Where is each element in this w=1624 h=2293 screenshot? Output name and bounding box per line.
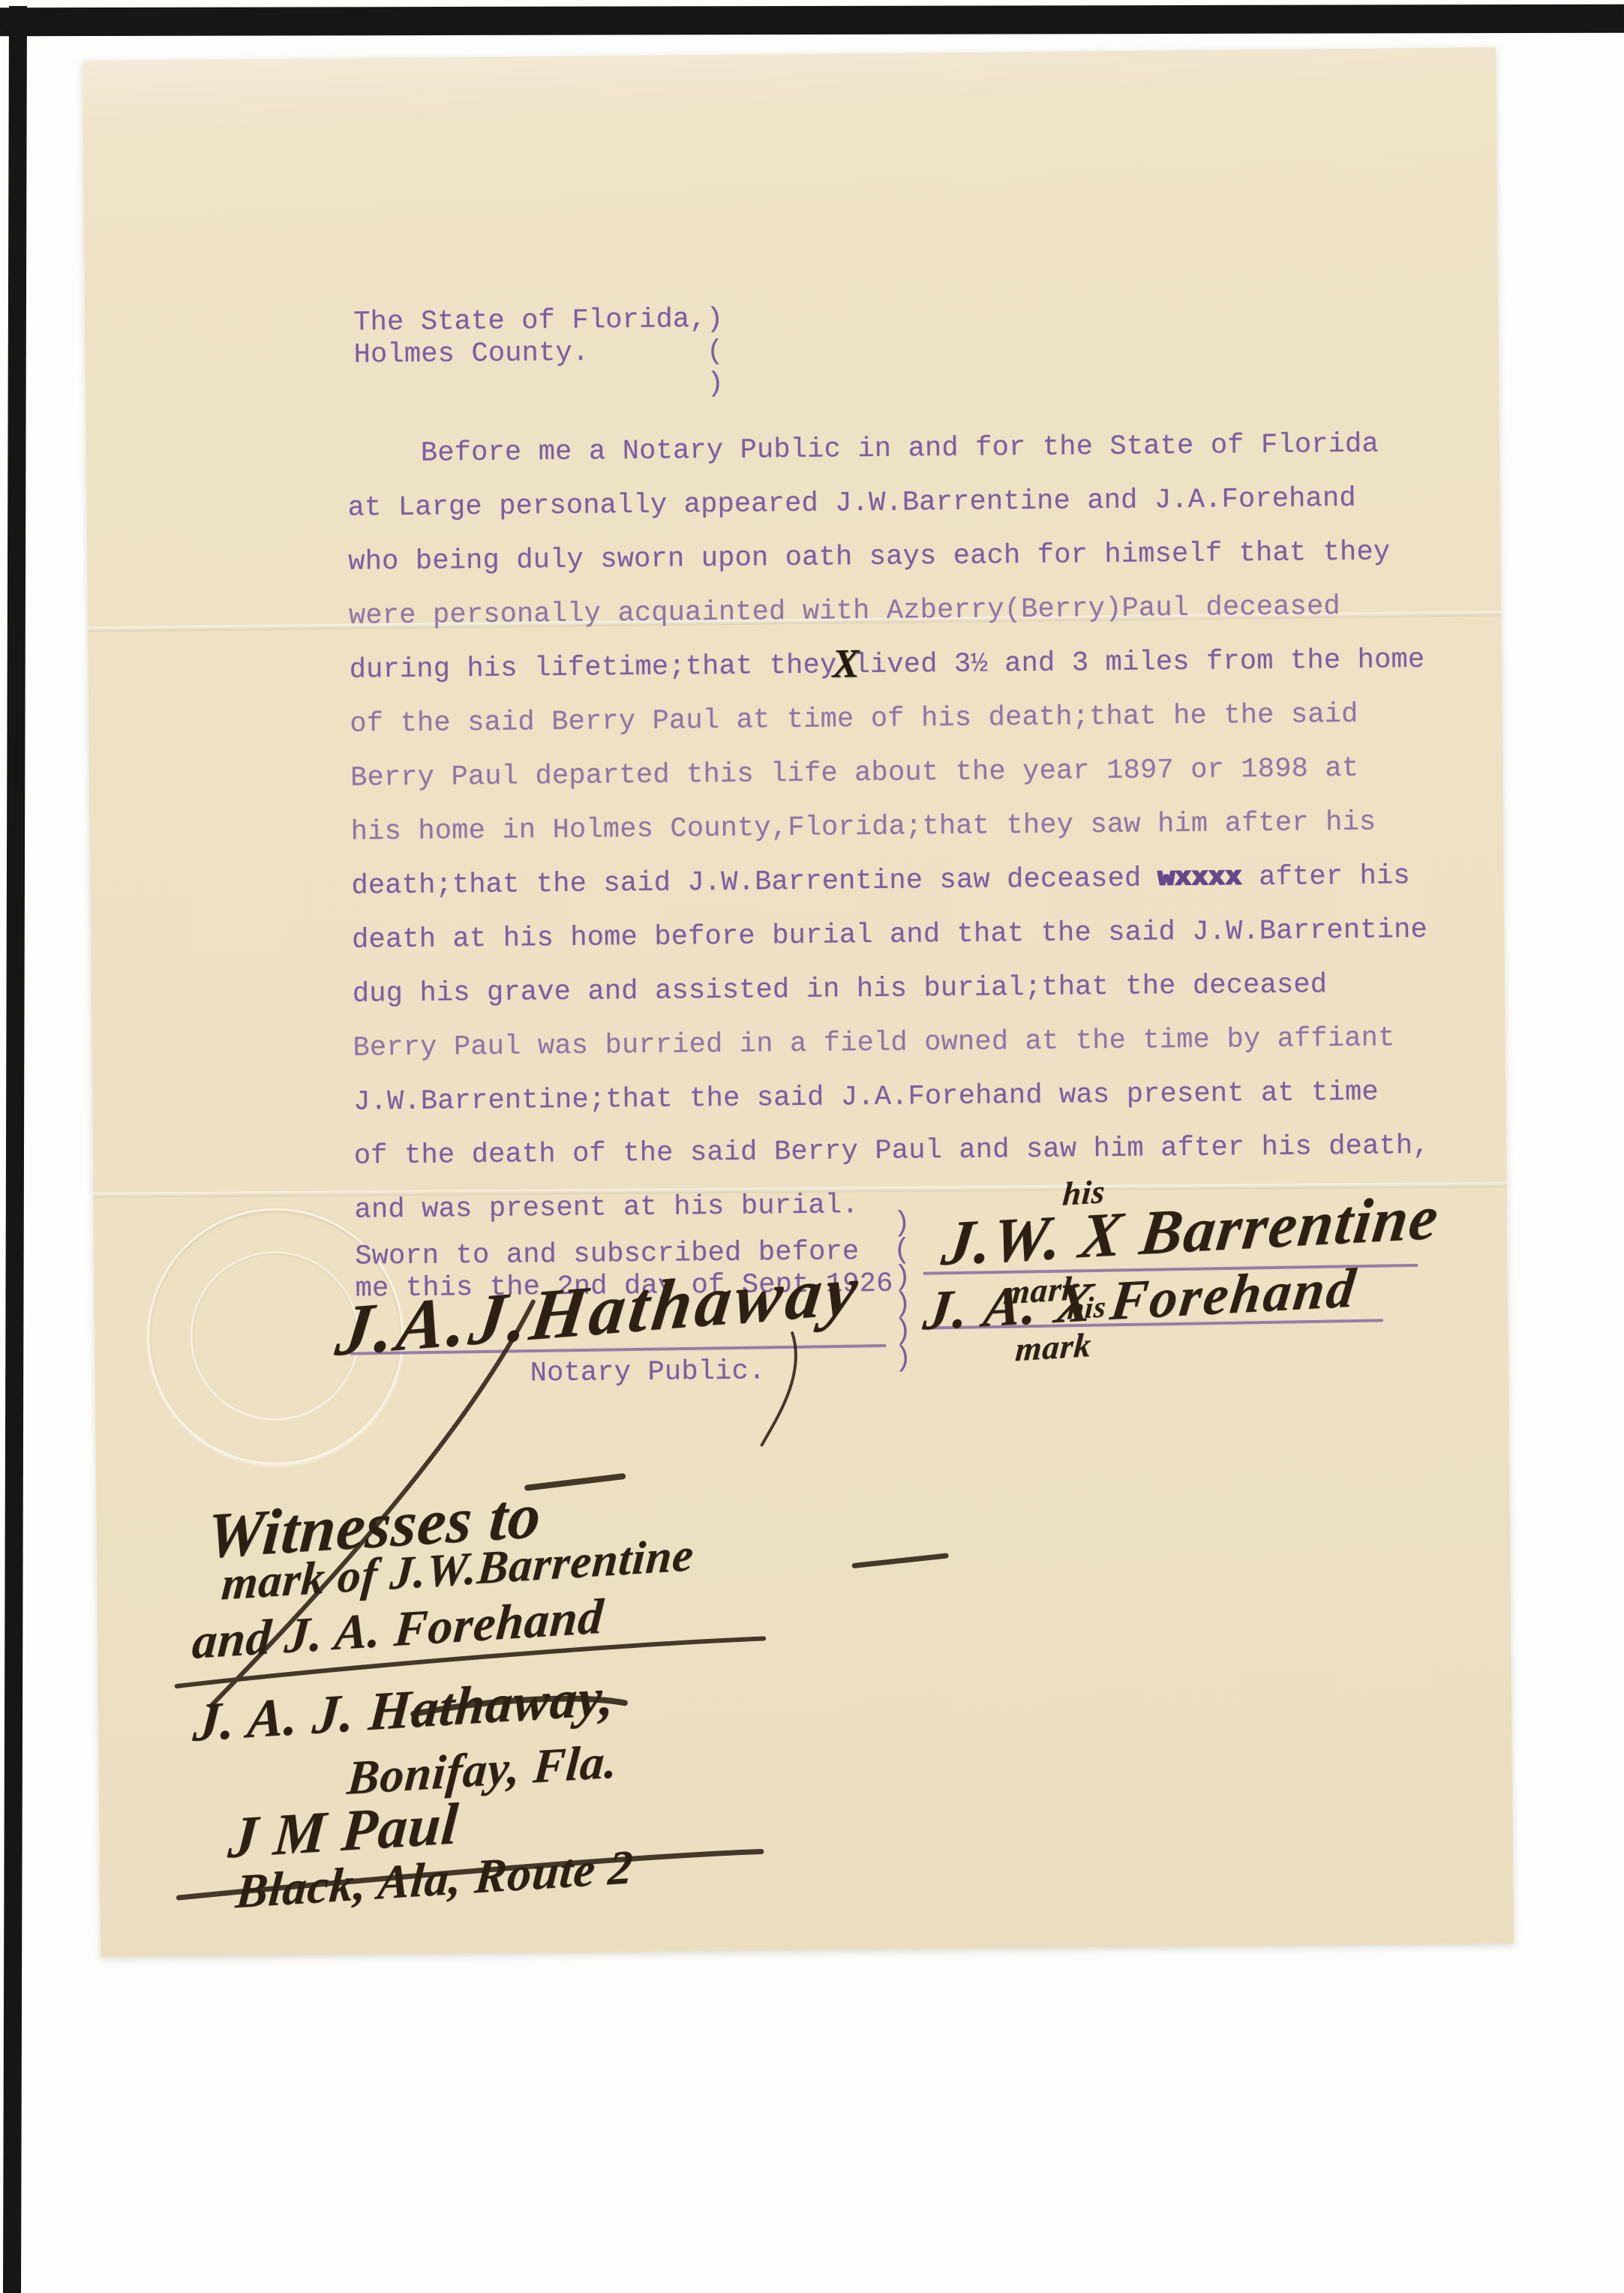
notary-public-label: Notary Public. xyxy=(530,1356,766,1388)
body-line-9-post: after his xyxy=(1242,860,1410,893)
body-line-3: who being duly sworn upon oath says each… xyxy=(348,537,1390,577)
header-bracket-line: ) xyxy=(354,369,724,403)
body-line-5: during his lifetime;that theyXlived 3½ a… xyxy=(350,645,1425,686)
bracket-glyph: ) xyxy=(893,1265,911,1292)
body-line-8: his home in Holmes County,Florida;that t… xyxy=(351,808,1376,848)
body-line-5-post: lived 3½ and 3 miles from the home xyxy=(853,644,1424,681)
body-line-1: Before me a Notary Public in and for the… xyxy=(347,430,1379,470)
body-line-12: Berry Paul was burried in a field owned … xyxy=(353,1023,1394,1063)
typed-struck-out-word: wxxxx xyxy=(1158,862,1242,894)
body-line-9-pre: death;that the said J.W.Barrentine saw d… xyxy=(351,863,1158,902)
body-line-15: and was present at his burial. xyxy=(354,1190,858,1225)
body-line-2: at Large personally appeared J.W.Barrent… xyxy=(347,484,1356,524)
header-county-line: Holmes County. ( xyxy=(354,337,724,371)
header-state-line: The State of Florida,) xyxy=(353,305,723,338)
hathaway-tail-stroke xyxy=(761,1333,797,1445)
body-line-4: were personally acquainted with Azberry(… xyxy=(349,592,1340,632)
body-line-14: of the death of the said Berry Paul and … xyxy=(354,1131,1430,1172)
dash-right-of-witness-line xyxy=(854,1556,946,1565)
body-line-9: death;that the said J.W.Barrentine saw d… xyxy=(351,861,1410,902)
bracket-glyph: ( xyxy=(893,1238,911,1265)
body-line-10: death at his home before burial and that… xyxy=(352,915,1427,956)
mark-annotation-forehand: mark xyxy=(1014,1325,1093,1370)
bracket-glyph: ) xyxy=(893,1211,911,1238)
scanned-affidavit-page: The State of Florida,) Holmes County. ( … xyxy=(0,0,1624,2293)
body-line-11: dug his grave and assisted in his burial… xyxy=(353,970,1328,1009)
affidavit-paper: The State of Florida,) Holmes County. ( … xyxy=(83,47,1514,1957)
body-line-7: Berry Paul departed this life about the … xyxy=(350,754,1359,794)
bracket-glyph: ) xyxy=(894,1346,911,1373)
body-line-5-pre: during his lifetime;that they xyxy=(350,650,837,686)
body-line-6: of the said Berry Paul at time of his de… xyxy=(350,700,1358,740)
body-line-13: J.W.Barrentine;that the said J.A.Forehan… xyxy=(353,1078,1379,1118)
scan-frame-left-edge xyxy=(3,6,27,2293)
notary-seal-inner-ring xyxy=(190,1251,359,1421)
scan-frame-top-edge xyxy=(0,5,1624,37)
bracket-glyph: ) xyxy=(894,1292,911,1319)
typed-bracket-column: ) ( ) ) ) ) xyxy=(893,1211,912,1373)
bracket-glyph: ) xyxy=(894,1319,911,1346)
